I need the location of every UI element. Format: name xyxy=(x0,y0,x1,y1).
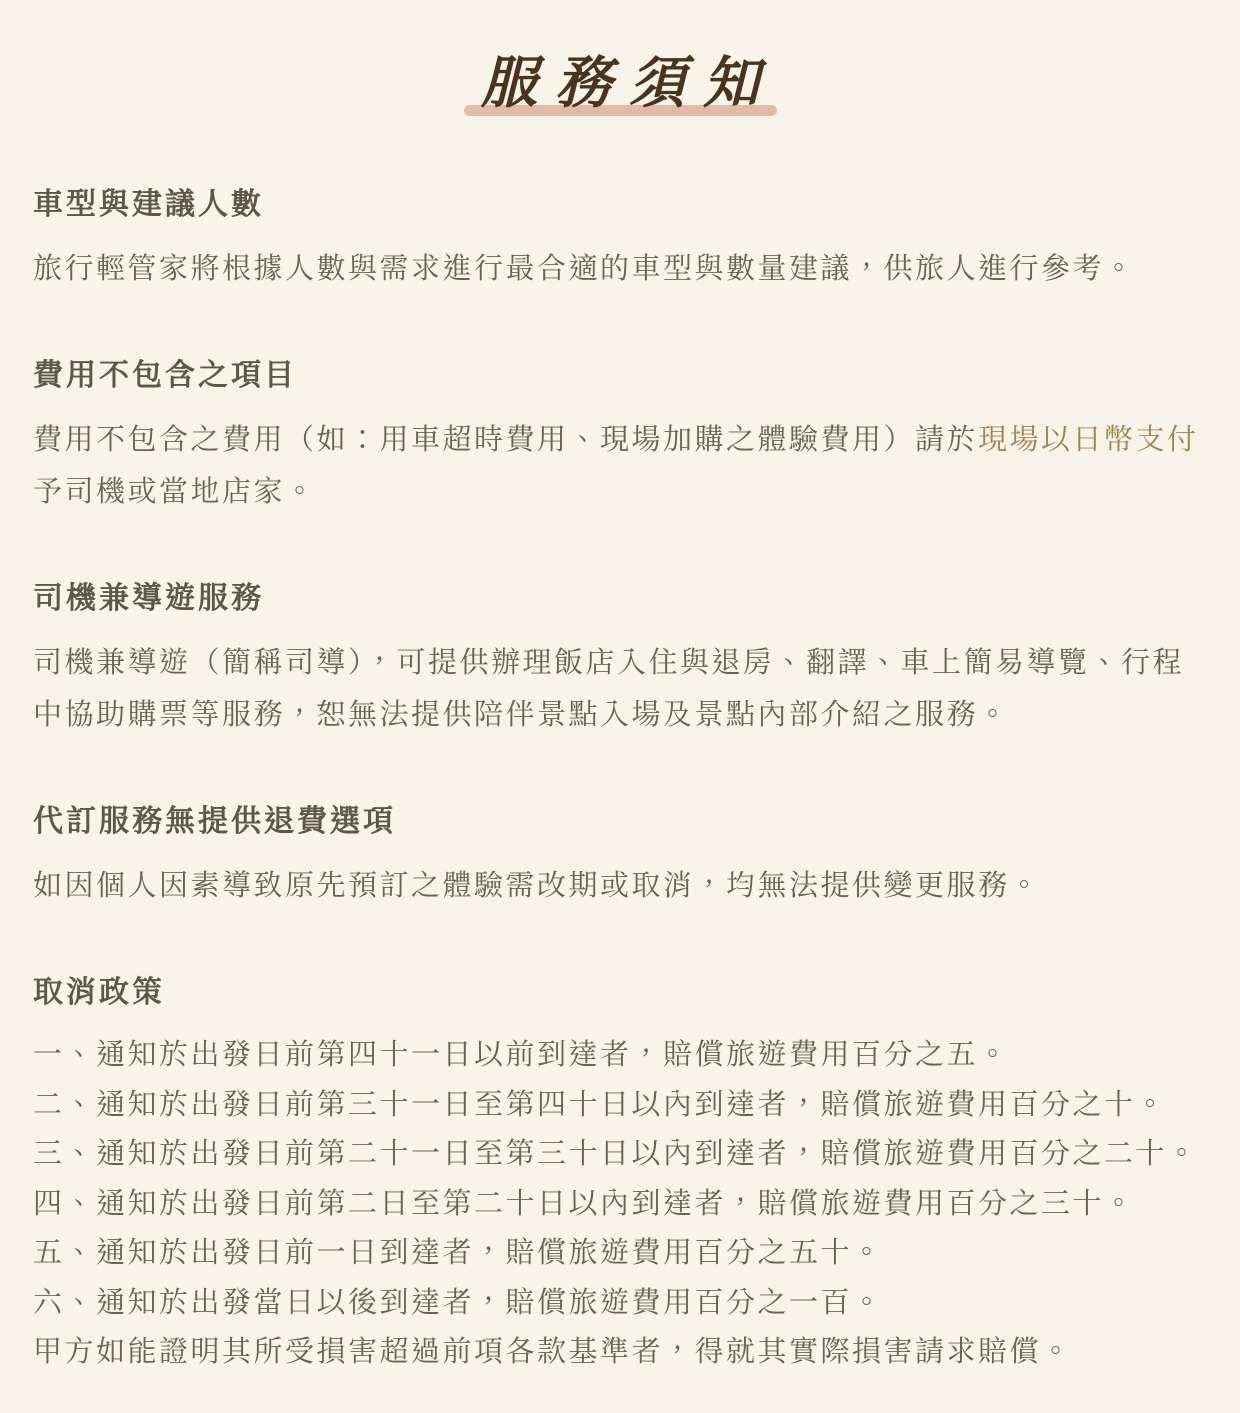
section-body: 費用不包含之費用（如：用車超時費用、現場加購之體驗費用）請於現場以日幣支付予司機… xyxy=(33,414,1207,518)
section-cancellation-policy: 取消政策 一、通知於出發日前第四十一日以前到達者，賠償旅遊費用百分之五。 二、通… xyxy=(33,974,1207,1378)
section-no-refund-for-booking: 代訂服務無提供退費選項 如因個人因素導致原先預訂之體驗需改期或取消，均無法提供變… xyxy=(33,803,1207,912)
policy-item: 四、通知於出發日前第二日至第二十日以內到達者，賠償旅遊費用百分之三十。 xyxy=(33,1180,1207,1230)
section-heading: 司機兼導遊服務 xyxy=(33,580,1207,618)
policy-item: 一、通知於出發日前第四十一日以前到達者，賠償旅遊費用百分之五。 xyxy=(33,1031,1207,1081)
section-heading: 代訂服務無提供退費選項 xyxy=(33,803,1207,841)
page-title: 服務須知 xyxy=(463,52,777,114)
policy-item: 二、通知於出發日前第三十一日至第四十日以內到達者，賠償旅遊費用百分之十。 xyxy=(33,1081,1207,1131)
section-driver-guide-service: 司機兼導遊服務 司機兼導遊（簡稱司導），可提供辦理飯店入住與退房、翻譯、車上簡易… xyxy=(33,580,1207,741)
policy-item: 三、通知於出發日前第二十一日至第三十日以內到達者，賠償旅遊費用百分之二十。 xyxy=(33,1130,1207,1180)
section-heading: 費用不包含之項目 xyxy=(33,357,1207,395)
cancellation-policy-list: 一、通知於出發日前第四十一日以前到達者，賠償旅遊費用百分之五。 二、通知於出發日… xyxy=(33,1031,1207,1378)
service-notice-page: 服務須知 車型與建議人數 旅行輕管家將根據人數與需求進行最合適的車型與數量建議，… xyxy=(0,0,1240,1413)
policy-item: 六、通知於出發當日以後到達者，賠償旅遊費用百分之一百。 xyxy=(33,1279,1207,1329)
highlighted-text-pay-in-yen: 現場以日幣支付 xyxy=(978,424,1199,456)
section-vehicle-type: 車型與建議人數 旅行輕管家將根據人數與需求進行最合適的車型與數量建議，供旅人進行… xyxy=(33,186,1207,295)
section-heading: 取消政策 xyxy=(33,974,1207,1012)
body-text-after: 予司機或當地店家。 xyxy=(33,476,317,508)
section-body: 旅行輕管家將根據人數與需求進行最合適的車型與數量建議，供旅人進行參考。 xyxy=(33,243,1207,295)
title-block: 服務須知 xyxy=(33,52,1207,116)
section-body: 如因個人因素導致原先預訂之體驗需改期或取消，均無法提供變更服務。 xyxy=(33,860,1207,912)
section-heading: 車型與建議人數 xyxy=(33,186,1207,224)
section-body: 司機兼導遊（簡稱司導），可提供辦理飯店入住與退房、翻譯、車上簡易導覽、行程中協助… xyxy=(33,637,1207,741)
section-fees-not-included: 費用不包含之項目 費用不包含之費用（如：用車超時費用、現場加購之體驗費用）請於現… xyxy=(33,357,1207,518)
body-text-before: 費用不包含之費用（如：用車超時費用、現場加購之體驗費用）請於 xyxy=(33,424,978,456)
policy-item: 甲方如能證明其所受損害超過前項各款基準者，得就其實際損害請求賠償。 xyxy=(33,1328,1207,1378)
policy-item: 五、通知於出發日前一日到達者，賠償旅遊費用百分之五十。 xyxy=(33,1229,1207,1279)
